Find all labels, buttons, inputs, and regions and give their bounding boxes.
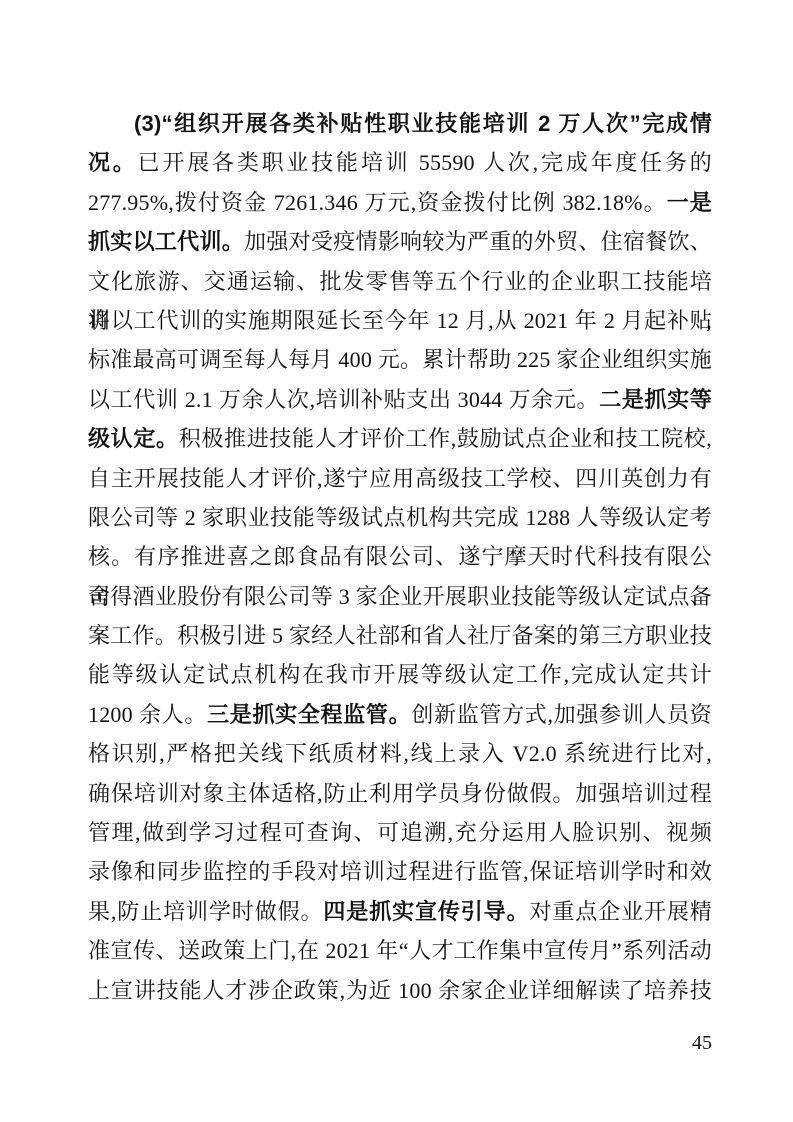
text-segment: 准宣传、送政策上门,在 2021 年“人才工作集中宣传月”系列活动: [88, 938, 712, 963]
bold-text-segment: 抓实以工代训。: [88, 229, 244, 254]
text-line: 1200 余人。三是抓实全程监管。创新监管方式,加强参训人员资: [88, 695, 712, 734]
text-line: 管理,做到学习过程可查询、可追溯,充分运用人脸识别、视频: [88, 813, 712, 852]
bold-text-segment: 三是抓实全程监管。: [207, 702, 411, 727]
text-segment: 277.95%,拨付资金 7261.346 万元,资金拨付比例 382.18%。: [88, 190, 667, 215]
text-segment: 以工代训 2.1 万余人次,培训补贴支出 3044 万余元。: [88, 387, 599, 412]
text-line: 核。有序推进喜之郎食品有限公司、遂宁摩天时代科技有限公司、: [88, 537, 712, 576]
text-line: 果,防止培训学时做假。四是抓实宣传引导。对重点企业开展精: [88, 892, 712, 931]
text-segment: 舍得酒业股份有限公司等 3 家企业开展职业技能等级认定试点备: [88, 584, 712, 609]
text-segment: 果,防止培训学时做假。: [88, 899, 323, 924]
text-line: 级认定。积极推进技能人才评价工作,鼓励试点企业和技工院校,: [88, 419, 712, 458]
page-number: 45: [88, 1030, 712, 1056]
text-line: 将以工代训的实施期限延长至今年 12 月,从 2021 年 2 月起补贴: [88, 301, 712, 340]
text-segment: 上宣讲技能人才涉企政策,为近 100 余家企业详细解读了培养技: [88, 978, 712, 1003]
text-line: 文化旅游、交通运输、批发零售等五个行业的企业职工技能培训,: [88, 262, 712, 301]
body-text: (3)“组织开展各类补贴性职业技能培训 2 万人次”完成情况。已开展各类职业技能…: [88, 104, 712, 1010]
text-segment: 积极推进技能人才评价工作,鼓励试点企业和技工院校,: [179, 426, 712, 451]
text-line: 能等级认定试点机构在我市开展等级认定工作,完成认定共计: [88, 655, 712, 694]
text-line: 277.95%,拨付资金 7261.346 万元,资金拨付比例 382.18%。…: [88, 183, 712, 222]
text-segment: 确保培训对象主体适格,防止利用学员身份做假。加强培训过程: [88, 781, 712, 806]
text-segment: 创新监管方式,加强参训人员资: [411, 702, 712, 727]
text-line: 准宣传、送政策上门,在 2021 年“人才工作集中宣传月”系列活动: [88, 931, 712, 970]
text-line: (3)“组织开展各类补贴性职业技能培训 2 万人次”完成情: [88, 104, 712, 143]
bold-text-segment: 况。: [88, 150, 138, 175]
text-line: 录像和同步监控的手段对培训过程进行监管,保证培训学时和效: [88, 852, 712, 891]
text-segment: 1200 余人。: [88, 702, 207, 727]
text-line: 以工代训 2.1 万余人次,培训补贴支出 3044 万余元。二是抓实等: [88, 380, 712, 419]
bold-text-segment: 一是: [667, 190, 712, 215]
text-line: 上宣讲技能人才涉企政策,为近 100 余家企业详细解读了培养技: [88, 971, 712, 1010]
text-line: 限公司等 2 家职业技能等级试点机构共完成 1288 人等级认定考: [88, 498, 712, 537]
bold-text-segment: 四是抓实宣传引导。: [323, 899, 529, 924]
text-segment: 录像和同步监控的手段对培训过程进行监管,保证培训学时和效: [88, 859, 712, 884]
text-segment: 案工作。积极引进 5 家经人社部和省人社厅备案的第三方职业技: [88, 623, 712, 648]
text-segment: 对重点企业开展精: [529, 899, 712, 924]
bold-text-segment: (3)“组织开展各类补贴性职业技能培训 2 万人次”完成情: [134, 111, 712, 136]
bold-text-segment: 级认定。: [88, 426, 179, 451]
text-line: 案工作。积极引进 5 家经人社部和省人社厅备案的第三方职业技: [88, 616, 712, 655]
text-line: 确保培训对象主体适格,防止利用学员身份做假。加强培训过程: [88, 774, 712, 813]
text-line: 自主开展技能人才评价,遂宁应用高级技工学校、四川英创力有: [88, 459, 712, 498]
text-segment: 自主开展技能人才评价,遂宁应用高级技工学校、四川英创力有: [88, 466, 712, 491]
text-line: 格识别,严格把关线下纸质材料,线上录入 V2.0 系统进行比对,: [88, 734, 712, 773]
text-line: 舍得酒业股份有限公司等 3 家企业开展职业技能等级认定试点备: [88, 577, 712, 616]
text-segment: 限公司等 2 家职业技能等级试点机构共完成 1288 人等级认定考: [88, 505, 712, 530]
text-line: 标准最高可调至每人每月 400 元。累计帮助 225 家企业组织实施: [88, 340, 712, 379]
text-segment: 标准最高可调至每人每月 400 元。累计帮助 225 家企业组织实施: [88, 347, 712, 372]
text-segment: 已开展各类职业技能培训 55590 人次,完成年度任务的: [138, 150, 712, 175]
text-segment: 管理,做到学习过程可查询、可追溯,充分运用人脸识别、视频: [88, 820, 712, 845]
bold-text-segment: 二是抓实等: [599, 387, 712, 412]
text-segment: 加强对受疫情影响较为严重的外贸、住宿餐饮、: [244, 229, 712, 254]
text-segment: 格识别,严格把关线下纸质材料,线上录入 V2.0 系统进行比对,: [88, 741, 712, 766]
document-page: (3)“组织开展各类补贴性职业技能培训 2 万人次”完成情况。已开展各类职业技能…: [0, 0, 793, 1122]
text-segment: 将以工代训的实施期限延长至今年 12 月,从 2021 年 2 月起补贴: [88, 308, 712, 333]
text-line: 况。已开展各类职业技能培训 55590 人次,完成年度任务的: [88, 143, 712, 182]
text-line: 抓实以工代训。加强对受疫情影响较为严重的外贸、住宿餐饮、: [88, 222, 712, 261]
text-segment: 能等级认定试点机构在我市开展等级认定工作,完成认定共计: [88, 662, 712, 687]
